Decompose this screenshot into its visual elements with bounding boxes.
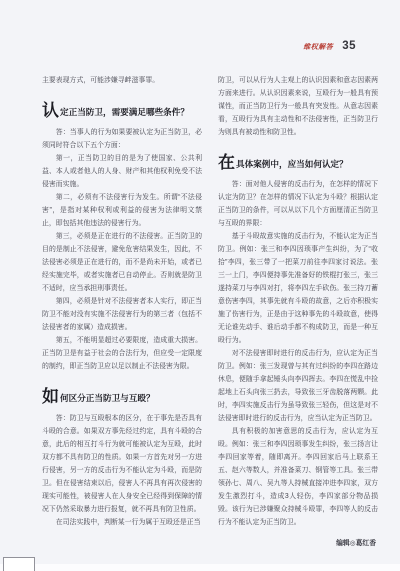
magazine-page: 维权解答 35 主要表现方式，可能涉嫌寻衅滋事罪。 认定正当防卫，需要满足哪些条…	[0, 0, 400, 571]
left-column: 主要表现方式，可能涉嫌寻衅滋事罪。 认定正当防卫，需要满足哪些条件？ 答：当事人…	[42, 74, 202, 547]
question-heading-1: 认定正当防卫，需要满足哪些条件？	[42, 99, 202, 121]
answer-paragraph: 对不法侵害即时进行的反击行为，应认定为正当防卫。例如：张三发现曾与其有过纠纷的李…	[218, 347, 378, 425]
page-corner-box	[3, 557, 35, 571]
answer-paragraph: 基于斗殴故意实施的反击行为，不能认定为正当防卫。例如：张三和李四因琐事产生纠纷，…	[218, 230, 378, 347]
answer-paragraph: 第四，必须是针对不法侵害者本人实行，即正当防卫不能对没有实施不法侵害行为的第三者…	[42, 295, 202, 334]
page-bottom-edge	[0, 564, 400, 571]
intro-paragraph: 主要表现方式，可能涉嫌寻衅滋事罪。	[42, 74, 202, 87]
question-3-title: 具体案例中，应当如何认定？	[236, 159, 348, 169]
answer-paragraph: 第三，必须是正在进行的不法侵害。正当防卫的目的是制止不法侵害，避免危害结果发生，…	[42, 230, 202, 295]
continuation-paragraph: 防卫，可以从行为人主观上的认识因素和意志因素两方面来进行。从认识因素来说，互殴行…	[218, 74, 378, 139]
right-column: 防卫，可以从行为人主观上的认识因素和意志因素两方面来进行。从认识因素来说，互殴行…	[218, 74, 378, 547]
question-heading-3: 在具体案例中，应当如何认定？	[218, 151, 378, 173]
answer-paragraph: 答：防卫与互殴根本的区分，在于事先是否具有斗殴的合意。如果双方事先经过约定，具有…	[42, 412, 202, 516]
question-heading-2: 如何区分正当防卫与互殴？	[42, 385, 202, 407]
answer-paragraph: 具有积极的加害意思的反击行为，应认定为互殴。例如：张三和李四因琐事发生纠纷，张三…	[218, 425, 378, 529]
question-1-title: 定正当防卫，需要满足哪些条件？	[60, 107, 189, 117]
question-2-title: 何区分正当防卫与互殴？	[60, 393, 155, 403]
page-header: 维权解答 35	[303, 40, 356, 52]
answer-paragraph: 第一，正当防卫的目的是为了使国家、公共利益、本人或者他人的人身、财产和其他权利免…	[42, 152, 202, 191]
answer-paragraph: 答：面对他人侵害的反击行为，在怎样的情况下认定为防卫？在怎样的情况下认定为斗殴？…	[218, 178, 378, 230]
question-1-dropcap: 认	[42, 101, 59, 120]
answer-paragraph: 第二，必须有不法侵害行为发生。所谓“不法侵害”，是指对某种权利或利益的侵害为法律…	[42, 191, 202, 230]
page-number: 35	[342, 40, 356, 52]
question-3-dropcap: 在	[218, 153, 235, 172]
question-2-dropcap: 如	[42, 387, 59, 406]
article-body: 主要表现方式，可能涉嫌寻衅滋事罪。 认定正当防卫，需要满足哪些条件？ 答：当事人…	[42, 74, 378, 547]
answer-paragraph: 答：当事人的行为如果要被认定为正当防卫，必须同时符合以下五个方面：	[42, 126, 202, 152]
answer-paragraph: 在司法实践中，判断某一行为属于互殴还是正当	[42, 516, 202, 529]
editor-credit: 编辑◎葛红香	[218, 537, 376, 547]
column-label: 维权解答	[303, 42, 333, 52]
answer-paragraph: 第五，不能明显超过必要限度，造成重大损害。正当防卫是有益于社会的合法行为，但应受…	[42, 334, 202, 373]
